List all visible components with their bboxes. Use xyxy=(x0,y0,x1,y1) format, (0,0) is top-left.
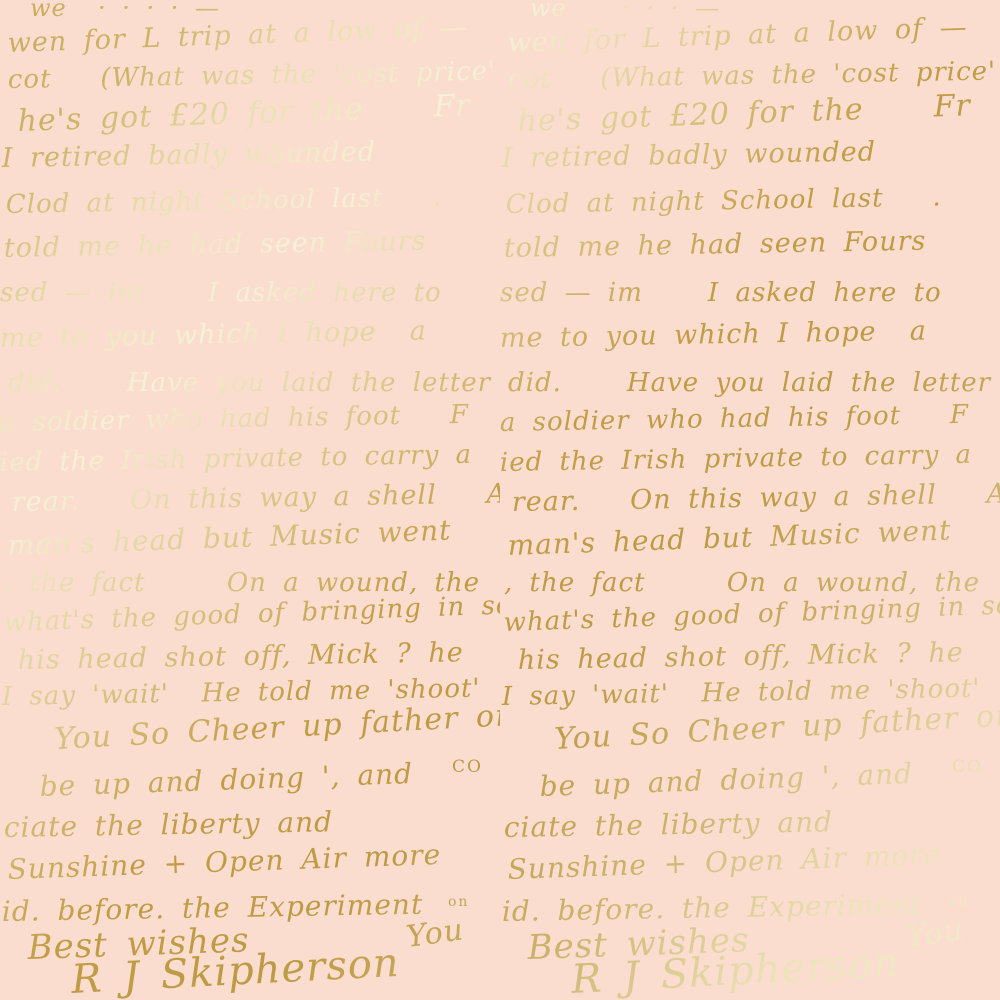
paper-canvas: we · · · · — wen for L trip at a low of … xyxy=(0,0,1000,1000)
foil-script-paper: we · · · · — wen for L trip at a low of … xyxy=(0,0,1000,1000)
gold-foil-script-layer xyxy=(0,0,1000,1000)
